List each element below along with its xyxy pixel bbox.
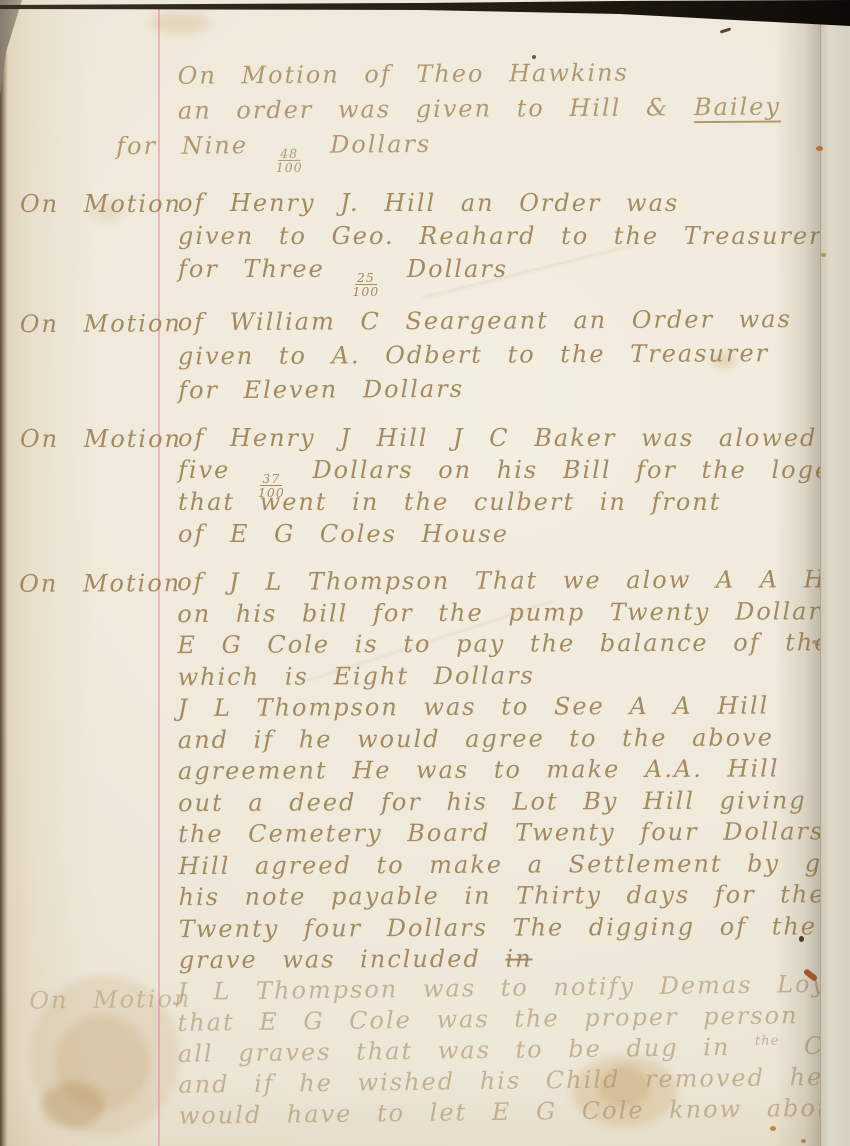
speck [816,146,823,151]
speck [801,1139,806,1143]
manuscript-line: of E G Coles House [178,520,850,552]
manuscript-text: out a deed for his Lot By Hill giving [178,786,807,817]
manuscript-text: five [178,456,255,484]
manuscript-line: for Three 25100 Dollars [178,255,850,288]
top-edge-band [0,0,850,26]
margin-label: On Motion [20,425,182,453]
manuscript-line: given to A. Odbert to the Treasurer [178,339,850,377]
manuscript-text: Dollars on his Bill for the loges [288,456,846,484]
manuscript-text: for Eleven Dollars [178,375,464,404]
manuscript-line: for Eleven Dollars [178,373,850,411]
manuscript-text: Hill agreed to make a Settlement by givi… [178,848,850,879]
entry-body: of Henry J Hill J C Baker was alowedfive… [178,424,850,552]
manuscript-text: J L Thompson was to See A A Hill [178,691,770,722]
minutes-entry: On Motionof J L Thompson That we alow A … [0,565,850,978]
manuscript-text: the Cemetery Board Twenty four Dollars [178,817,824,848]
manuscript-text: for Nine [116,131,273,160]
manuscript-text: which is Eight Dollars [178,661,535,691]
manuscript-text: and if he would agree to the above [178,723,774,754]
manuscript-text: Dollars [305,130,431,159]
manuscript-text: E G Cole is to pay the balance of the bi… [177,628,850,659]
manuscript-text: agreement He was to make A.A. Hill [178,754,780,785]
minutes-entry: On Motionof Henry J Hill J C Baker was a… [0,424,850,552]
manuscript-line: J L Thompson was to See A A Hill [178,691,850,725]
speck [770,1126,776,1131]
ledger-page: On Motion of Theo Hawkinsan order was gi… [0,0,850,1146]
fraction: 48100 [276,147,303,174]
page-edge-strip [820,0,850,1146]
manuscript-text: of J L Thompson That we alow A A Hill [177,565,850,596]
manuscript-text: all graves that was to be dug in [178,1033,755,1068]
manuscript-text: of Henry J Hill J C Baker was alowed [178,424,817,452]
manuscript-line: of William C Seargeant an Order was [178,305,850,343]
manuscript-text: grave was included [179,945,506,974]
fraction: 25100 [352,271,379,298]
manuscript-line: his note payable in Thirty days for the [178,880,850,914]
entry-body: J L Thompson was to notify Demas Loythat… [177,970,850,1133]
manuscript-text: that went in the culbert in front [178,488,721,516]
binding-edge [0,0,8,1146]
manuscript-line: of Henry J Hill J C Baker was alowed [178,424,850,456]
manuscript-text: of Henry J. Hill an Order was [178,189,679,217]
manuscript-text: of E G Coles House [178,520,509,548]
manuscript-line: on his bill for the pump Twenty Dollars [177,597,849,631]
entry-body: of William C Seargeant an Order wasgiven… [178,305,850,411]
manuscript-text: Twenty four Dollars The digging of the [179,912,817,943]
manuscript-line: of J L Thompson That we alow A A Hill [177,565,849,599]
scan-top-border [0,0,850,110]
manuscript-text: in [505,945,532,973]
manuscript-text: given to A. Odbert to the Treasurer [178,339,769,370]
speck [812,640,817,644]
margin-label: On Motion [29,985,191,1015]
manuscript-line: out a deed for his Lot By Hill giving [178,786,850,820]
manuscript-line: and if he would agree to the above [178,723,850,757]
cover-corner [0,0,22,96]
manuscript-line: that went in the culbert in front [178,488,850,520]
minutes-entry: On Motionof Henry J. Hill an Order wasgi… [0,189,850,288]
manuscript-line: Hill agreed to make a Settlement by givi… [178,849,850,883]
manuscript-line: for Nine 48100 Dollars [116,127,850,167]
manuscript-text: on his bill for the pump Twenty Dollars [177,597,836,628]
margin-label: On Motion [20,309,182,338]
minutes-entry: On Motionof William C Seargeant an Order… [0,305,850,411]
manuscript-line: agreement He was to make A.A. Hill [178,754,850,788]
manuscript-text: for Three [178,255,349,283]
manuscript-line: five 37100 Dollars on his Bill for the l… [178,456,850,488]
manuscript-line: which is Eight Dollars [178,660,850,694]
margin-label: On Motion [20,190,182,218]
manuscript-text: given to Geo. Reahard to the Treasurer [178,222,823,250]
manuscript-line: of Henry J. Hill an Order was [178,189,850,222]
minutes-entries: On Motion of Theo Hawkinsan order was gi… [0,0,850,1146]
minutes-entry: On MotionJ L Thompson was to notify Dema… [0,970,850,1135]
margin-label: On Motion [19,569,181,598]
entry-body: of J L Thompson That we alow A A Hillon … [177,565,850,977]
speck [799,936,804,942]
manuscript-text: his note payable in Thirty days for the [178,880,825,911]
manuscript-text: of William C Seargeant an Order was [178,305,792,336]
speck [821,253,826,257]
manuscript-line: E G Cole is to pay the balance of the bi… [177,628,849,662]
manuscript-line: the Cemetery Board Twenty four Dollars [178,817,850,851]
manuscript-line: given to Geo. Reahard to the Treasurer [178,222,850,255]
entry-body: of Henry J. Hill an Order wasgiven to Ge… [178,189,850,288]
manuscript-line: Twenty four Dollars The digging of the [179,912,850,946]
manuscript-text: Dollars [382,255,508,283]
